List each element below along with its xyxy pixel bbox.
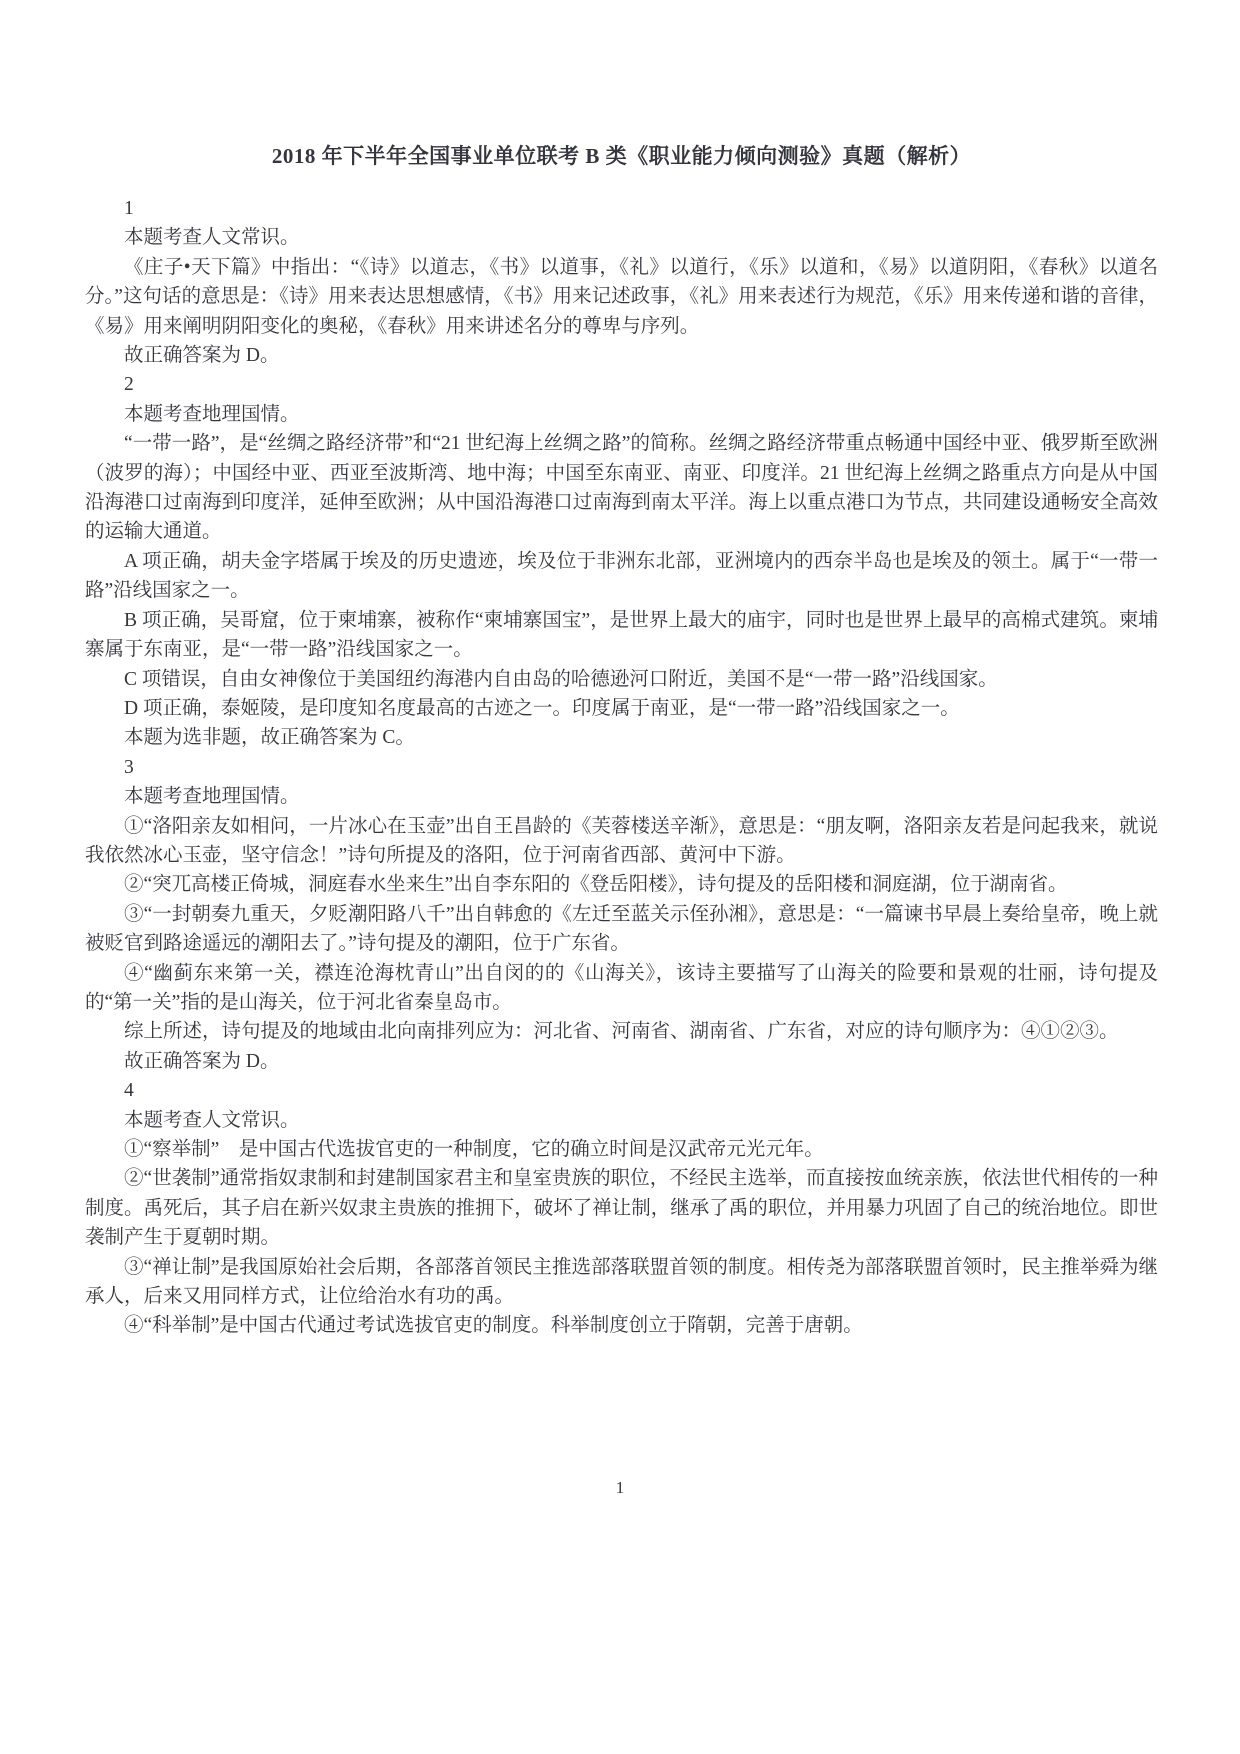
paragraph: 本题考查地理国情。 [85, 782, 1158, 811]
paragraph: ①“察举制” 是中国古代选拔官吏的一种制度，它的确立时间是汉武帝元光元年。 [85, 1135, 1158, 1164]
document-title: 2018 年下半年全国事业单位联考 B 类《职业能力倾向测验》真题（解析） [85, 140, 1158, 170]
paragraph: 《庄子•天下篇》中指出：“《诗》以道志，《书》以道事，《礼》以道行，《乐》以道和… [85, 253, 1158, 341]
paragraph: ①“洛阳亲友如相问，一片冰心在玉壶”出自王昌龄的《芙蓉楼送辛渐》，意思是：“朋友… [85, 812, 1158, 871]
document-page: 2018 年下半年全国事业单位联考 B 类《职业能力倾向测验》真题（解析） 1本… [0, 0, 1240, 1754]
paragraph: 故正确答案为 D。 [85, 1047, 1158, 1076]
paragraph: A 项正确，胡夫金字塔属于埃及的历史遗迹，埃及位于非洲东北部，亚洲境内的西奈半岛… [85, 547, 1158, 606]
question-number: 1 [85, 194, 1158, 223]
paragraph: 综上所述，诗句提及的地域由北向南排列应为：河北省、河南省、湖南省、广东省，对应的… [85, 1017, 1158, 1046]
document-body: 1本题考查人文常识。《庄子•天下篇》中指出：“《诗》以道志，《书》以道事，《礼》… [85, 194, 1158, 1341]
paragraph: ③“一封朝奏九重天，夕贬潮阳路八千”出自韩愈的《左迁至蓝关示侄孙湘》，意思是：“… [85, 900, 1158, 959]
question-number: 4 [85, 1076, 1158, 1105]
page-number: 1 [0, 1478, 1240, 1498]
paragraph: ②“世袭制”通常指奴隶制和封建制国家君主和皇室贵族的职位，不经民主选举，而直接按… [85, 1164, 1158, 1252]
paragraph: B 项正确，吴哥窟，位于柬埔寨，被称作“柬埔寨国宝”，是世界上最大的庙宇，同时也… [85, 606, 1158, 665]
question-number: 3 [85, 753, 1158, 782]
paragraph: “一带一路”，是“丝绸之路经济带”和“21 世纪海上丝绸之路”的简称。丝绸之路经… [85, 429, 1158, 547]
paragraph: ②“突兀高楼正倚城，洞庭春水坐来生”出自李东阳的《登岳阳楼》，诗句提及的岳阳楼和… [85, 870, 1158, 899]
paragraph: 故正确答案为 D。 [85, 341, 1158, 370]
paragraph: ④“幽蓟东来第一关，襟连沧海枕青山”出自闵的的《山海关》，该诗主要描写了山海关的… [85, 959, 1158, 1018]
paragraph: C 项错误，自由女神像位于美国纽约海港内自由岛的哈德逊河口附近，美国不是“一带一… [85, 665, 1158, 694]
paragraph: 本题考查人文常识。 [85, 223, 1158, 252]
paragraph: 本题为选非题，故正确答案为 C。 [85, 723, 1158, 752]
paragraph: ④“科举制”是中国古代通过考试选拔官吏的制度。科举制度创立于隋朝，完善于唐朝。 [85, 1311, 1158, 1340]
paragraph: D 项正确，泰姬陵，是印度知名度最高的古迹之一。印度属于南亚，是“一带一路”沿线… [85, 694, 1158, 723]
paragraph: 本题考查人文常识。 [85, 1106, 1158, 1135]
question-number: 2 [85, 370, 1158, 399]
paragraph: 本题考查地理国情。 [85, 400, 1158, 429]
paragraph: ③“禅让制”是我国原始社会后期，各部落首领民主推选部落联盟首领的制度。相传尧为部… [85, 1253, 1158, 1312]
